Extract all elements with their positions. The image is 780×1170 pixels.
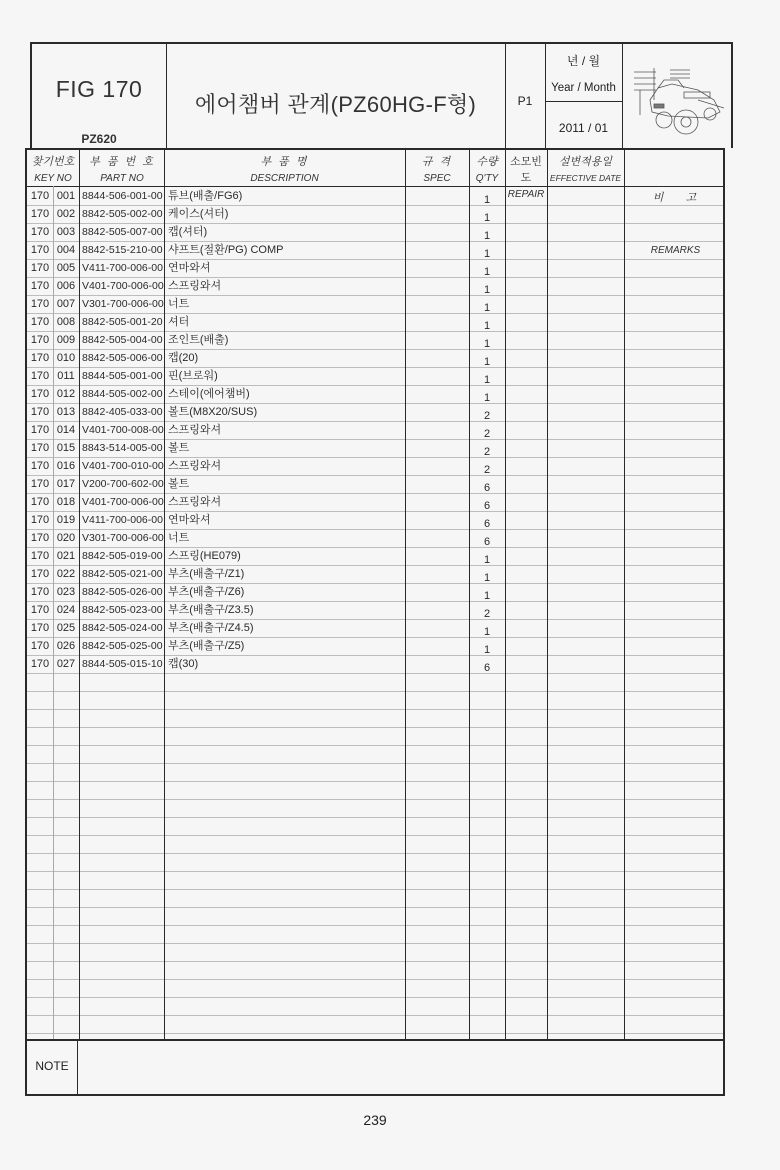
- description: 조인트(배출): [168, 331, 404, 349]
- figure-number: 170: [29, 457, 51, 475]
- description: 연마와셔: [168, 259, 404, 277]
- description: 캡(20): [168, 349, 404, 367]
- key-number: 009: [54, 331, 78, 349]
- column-divider: [624, 150, 625, 1039]
- year-month-label-kr: 년 / 월: [545, 52, 622, 69]
- part-number: 8842-505-023-00: [82, 601, 166, 619]
- figure-cell: FIG 170 PZ620: [32, 44, 167, 148]
- table-row: [27, 745, 723, 764]
- table-row: 1700228842-505-021-00부츠(배출구/Z1)1: [27, 565, 723, 584]
- figure-number: 170: [29, 655, 51, 673]
- part-number: 8842-505-024-00: [82, 619, 166, 637]
- description: 연마와셔: [168, 511, 404, 529]
- part-number: 8842-505-002-00: [82, 205, 166, 223]
- key-number: 010: [54, 349, 78, 367]
- column-header-effective-date: 설변적용일 EFFECTIVE DATE: [547, 150, 624, 186]
- key-number: 024: [54, 601, 78, 619]
- description: 스프링와셔: [168, 277, 404, 295]
- table-row: [27, 781, 723, 800]
- note-section: NOTE: [25, 1041, 725, 1096]
- part-number: 8842-505-001-20: [82, 313, 166, 331]
- figure-number: 170: [29, 277, 51, 295]
- table-row: 1700108842-505-006-00캡(20)1: [27, 349, 723, 368]
- figure-number: 170: [29, 583, 51, 601]
- part-number: 8842-505-025-00: [82, 637, 166, 655]
- table-row: 170020V301-700-006-00너트6: [27, 529, 723, 548]
- figure-number: 170: [29, 565, 51, 583]
- part-number: V301-700-006-00: [82, 529, 166, 547]
- column-header-kr: 부 품 번 호: [80, 153, 164, 169]
- description: 볼트: [168, 475, 404, 493]
- part-number: 8842-505-006-00: [82, 349, 166, 367]
- parts-table: 찾기번호 KEY NO 부 품 번 호 PART NO 부 품 명 DESCRI…: [25, 148, 725, 1041]
- part-number: 8844-505-002-00: [82, 385, 166, 403]
- part-number: 8842-505-021-00: [82, 565, 166, 583]
- note-label: NOTE: [27, 1041, 78, 1094]
- figure-number: 170: [29, 367, 51, 385]
- column-divider: [469, 150, 470, 1039]
- part-number: 8844-505-015-10: [82, 655, 166, 673]
- column-header-spec: 규 격 SPEC: [405, 150, 469, 186]
- column-header-kr: 부 품 명: [164, 153, 405, 169]
- title-cell: 에어챔버 관계(PZ60HG-F형): [166, 44, 506, 148]
- column-header-key-no: 찾기번호 KEY NO: [27, 150, 79, 186]
- key-number: 011: [54, 367, 78, 385]
- figure-number: 170: [29, 475, 51, 493]
- key-number: 027: [54, 655, 78, 673]
- figure-number: 170: [29, 331, 51, 349]
- part-number: 8842-505-004-00: [82, 331, 166, 349]
- description: 부츠(배출구/Z4.5): [168, 619, 404, 637]
- description: 스프링와셔: [168, 493, 404, 511]
- column-divider: [53, 186, 54, 1039]
- figure-number: 170: [29, 493, 51, 511]
- year-month-cell: 년 / 월 Year / Month 2011 / 01: [545, 44, 623, 148]
- column-header-en: PART NO: [80, 173, 164, 184]
- figure-number: 170: [29, 205, 51, 223]
- description: 스프링(HE079): [168, 547, 404, 565]
- figure-number: 170: [29, 439, 51, 457]
- table-row: 1700248842-505-023-00부츠(배출구/Z3.5)2: [27, 601, 723, 620]
- page-header: FIG 170 PZ620 에어챔버 관계(PZ60HG-F형) P1 년 / …: [30, 42, 733, 148]
- table-row: [27, 961, 723, 980]
- key-number: 014: [54, 421, 78, 439]
- column-header-en: DESCRIPTION: [164, 173, 405, 184]
- figure-number: 170: [29, 187, 51, 205]
- description: 스프링와셔: [168, 421, 404, 439]
- column-header-description: 부 품 명 DESCRIPTION: [164, 150, 405, 186]
- key-number: 026: [54, 637, 78, 655]
- column-header-en: SPEC: [405, 173, 469, 184]
- description: 핀(브로워): [168, 367, 404, 385]
- description: 튜브(배출/FG6): [168, 187, 404, 205]
- table-row: [27, 691, 723, 710]
- figure-number: 170: [29, 403, 51, 421]
- column-divider: [547, 150, 548, 1039]
- table-row: 1700048842-515-210-00샤프트(절환/PG) COMP1: [27, 241, 723, 260]
- figure-number: 170: [29, 223, 51, 241]
- part-number: 8842-405-033-00: [82, 403, 166, 421]
- description: 너트: [168, 529, 404, 547]
- divider: [545, 101, 622, 102]
- description: 스프링와셔: [168, 457, 404, 475]
- figure-number: 170: [29, 529, 51, 547]
- column-header-en: Q'TY: [469, 173, 505, 184]
- description: 너트: [168, 295, 404, 313]
- figure-number: 170: [29, 619, 51, 637]
- description: 셔터: [168, 313, 404, 331]
- description: 부츠(배출구/Z6): [168, 583, 404, 601]
- table-row: [27, 763, 723, 782]
- table-row: [27, 871, 723, 890]
- figure-number: 170: [29, 511, 51, 529]
- part-number: 8844-505-001-00: [82, 367, 166, 385]
- page-id-cell: P1: [505, 44, 546, 148]
- key-number: 019: [54, 511, 78, 529]
- table-row: 170016V401-700-010-00스프링와셔2: [27, 457, 723, 476]
- key-number: 023: [54, 583, 78, 601]
- part-number: 8844-506-001-00: [82, 187, 166, 205]
- table-row: 170017V200-700-602-00볼트6: [27, 475, 723, 494]
- table-row: 1700038842-505-007-00캡(셔터)1: [27, 223, 723, 242]
- table-row: 1700238842-505-026-00부츠(배출구/Z6)1: [27, 583, 723, 602]
- rice-transplanter-icon: [628, 60, 728, 140]
- column-header-kr: 찾기번호: [27, 153, 79, 169]
- key-number: 008: [54, 313, 78, 331]
- table-row: 1700028842-505-002-00케이스(셔터)1: [27, 205, 723, 224]
- column-header-part-no: 부 품 번 호 PART NO: [80, 150, 164, 186]
- part-number: 8842-515-210-00: [82, 241, 166, 259]
- table-row: 1700258842-505-024-00부츠(배출구/Z4.5)1: [27, 619, 723, 638]
- table-row: 1700088842-505-001-20셔터1: [27, 313, 723, 332]
- key-number: 013: [54, 403, 78, 421]
- figure-number: 170: [29, 241, 51, 259]
- figure-number: 170: [29, 349, 51, 367]
- column-divider: [79, 150, 80, 1039]
- key-number: 005: [54, 259, 78, 277]
- table-row: 1700118844-505-001-00핀(브로워)1: [27, 367, 723, 386]
- table-row: [27, 835, 723, 854]
- column-header-kr: 규 격: [405, 153, 469, 169]
- figure-number: 170: [29, 637, 51, 655]
- table-row: [27, 979, 723, 998]
- key-number: 018: [54, 493, 78, 511]
- table-row: [27, 727, 723, 746]
- table-row: 170014V401-700-008-00스프링와셔2: [27, 421, 723, 440]
- description: 캡(30): [168, 655, 404, 673]
- column-header-kr: 소모빈도: [505, 153, 547, 185]
- description: 볼트(M8X20/SUS): [168, 403, 404, 421]
- table-row: 170018V401-700-006-00스프링와셔6: [27, 493, 723, 512]
- figure-number: 170: [29, 295, 51, 313]
- part-number: V401-700-006-00: [82, 493, 166, 511]
- description: 부츠(배출구/Z1): [168, 565, 404, 583]
- column-header-repair: 소모빈도 REPAIR: [505, 150, 547, 186]
- key-number: 002: [54, 205, 78, 223]
- table-row: [27, 709, 723, 728]
- table-row: 1700138842-405-033-00볼트(M8X20/SUS)2: [27, 403, 723, 422]
- page-number: 239: [0, 1112, 750, 1128]
- part-number: 8842-505-007-00: [82, 223, 166, 241]
- table-row: 1700158843-514-005-00볼트2: [27, 439, 723, 458]
- description: 부츠(배출구/Z3.5): [168, 601, 404, 619]
- table-row: [27, 925, 723, 944]
- part-number: 8842-505-019-00: [82, 547, 166, 565]
- column-header-kr: 설변적용일: [547, 153, 624, 169]
- column-divider: [405, 150, 406, 1039]
- figure-number: 170: [29, 421, 51, 439]
- key-number: 016: [54, 457, 78, 475]
- figure-number: 170: [29, 385, 51, 403]
- column-header-kr: 수량: [469, 153, 505, 169]
- key-number: 004: [54, 241, 78, 259]
- table-row: 1700018844-506-001-00튜브(배출/FG6)1: [27, 187, 723, 206]
- part-number: V401-700-006-00: [82, 277, 166, 295]
- key-number: 012: [54, 385, 78, 403]
- key-number: 015: [54, 439, 78, 457]
- table-row: [27, 889, 723, 908]
- table-row: [27, 1015, 723, 1034]
- column-header-en: KEY NO: [27, 173, 79, 184]
- table-row: 170007V301-700-006-00너트1: [27, 295, 723, 314]
- column-header-remarks: 비 고 REMARKS: [624, 150, 727, 186]
- key-number: 007: [54, 295, 78, 313]
- table-row: [27, 997, 723, 1016]
- part-number: V401-700-008-00: [82, 421, 166, 439]
- table-row: [27, 853, 723, 872]
- key-number: 017: [54, 475, 78, 493]
- page-title: 에어챔버 관계(PZ60HG-F형): [166, 88, 505, 119]
- column-header-qty: 수량 Q'TY: [469, 150, 505, 186]
- table-row: [27, 907, 723, 926]
- column-header-en: EFFECTIVE DATE: [547, 173, 624, 183]
- part-number: 8842-505-026-00: [82, 583, 166, 601]
- part-number: V411-700-006-00: [82, 259, 166, 277]
- figure-number: 170: [29, 547, 51, 565]
- year-month-value: 2011 / 01: [545, 121, 622, 135]
- part-number: V411-700-006-00: [82, 511, 166, 529]
- key-number: 022: [54, 565, 78, 583]
- machine-image-cell: [622, 44, 731, 148]
- part-number: V301-700-006-00: [82, 295, 166, 313]
- table-row: [27, 673, 723, 692]
- description: 스테이(에어챔버): [168, 385, 404, 403]
- table-row: [27, 943, 723, 962]
- description: 캡(셔터): [168, 223, 404, 241]
- part-number: V401-700-010-00: [82, 457, 166, 475]
- table-row: 1700098842-505-004-00조인트(배출)1: [27, 331, 723, 350]
- key-number: 003: [54, 223, 78, 241]
- table-row: 1700218842-505-019-00스프링(HE079)1: [27, 547, 723, 566]
- figure-number: FIG 170: [32, 76, 166, 103]
- description: 케이스(셔터): [168, 205, 404, 223]
- part-number: V200-700-602-00: [82, 475, 166, 493]
- description: 볼트: [168, 439, 404, 457]
- part-number: 8843-514-005-00: [82, 439, 166, 457]
- figure-number: 170: [29, 313, 51, 331]
- key-number: 001: [54, 187, 78, 205]
- table-row: [27, 799, 723, 818]
- year-month-label-en: Year / Month: [545, 82, 622, 94]
- description: 샤프트(절환/PG) COMP: [168, 241, 404, 259]
- column-divider: [505, 150, 506, 1039]
- description: 부츠(배출구/Z5): [168, 637, 404, 655]
- model-name: PZ620: [32, 132, 166, 146]
- page-id: P1: [505, 94, 545, 108]
- key-number: 025: [54, 619, 78, 637]
- table-row: 170019V411-700-006-00연마와셔6: [27, 511, 723, 530]
- key-number: 021: [54, 547, 78, 565]
- table-row: [27, 817, 723, 836]
- key-number: 006: [54, 277, 78, 295]
- table-row: 1700278844-505-015-10캡(30)6: [27, 655, 723, 674]
- table-row: 1700128844-505-002-00스테이(에어챔버)1: [27, 385, 723, 404]
- figure-number: 170: [29, 259, 51, 277]
- table-row: 170006V401-700-006-00스프링와셔1: [27, 277, 723, 296]
- table-row: 1700268842-505-025-00부츠(배출구/Z5)1: [27, 637, 723, 656]
- figure-number: 170: [29, 601, 51, 619]
- key-number: 020: [54, 529, 78, 547]
- table-row: 170005V411-700-006-00연마와셔1: [27, 259, 723, 278]
- column-divider: [164, 150, 165, 1039]
